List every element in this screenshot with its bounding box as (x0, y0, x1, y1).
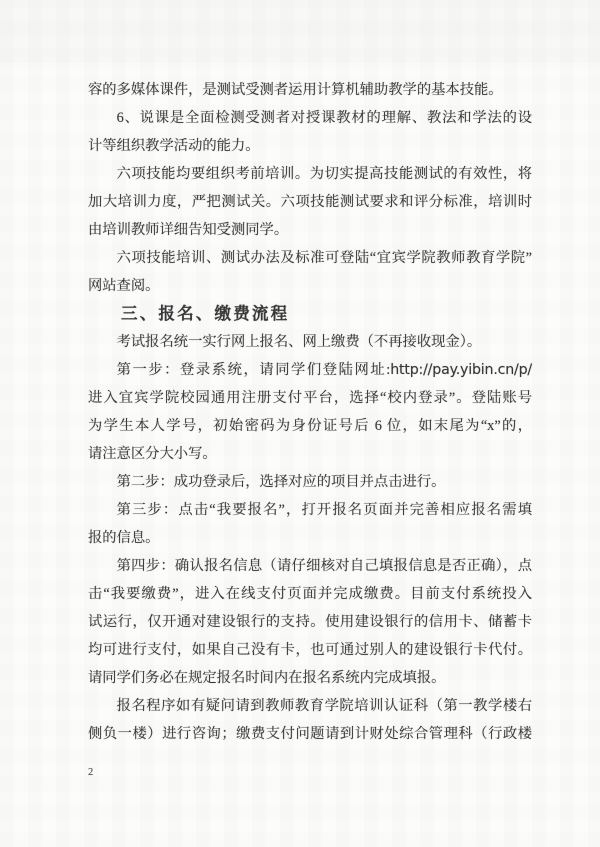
text-line: 报的信息。 (88, 524, 532, 552)
text-line: 试运行，仅开通对建设银行的支持。使用建设银行的信用卡、储蓄卡 (88, 608, 532, 636)
text-line: 均可进行支付，如果自己没有卡，也可通过别人的建设银行卡代付。 (88, 636, 532, 664)
text-line: 第三步：点击“我要报名”，打开报名页面并完善相应报名需填 (88, 496, 532, 524)
text-line: 第四步：确认报名信息（请仔细核对自己填报信息是否正确），点 (88, 552, 532, 580)
text-line: 6、说课是全面检测受测者对授课教材的理解、教法和学法的设 (88, 104, 532, 132)
document-body: 容的多媒体课件，是测试受测者运用计算机辅助教学的基本技能。6、说课是全面检测受测… (88, 76, 532, 748)
text-line: 计等组织教学活动的能力。 (88, 132, 532, 160)
text-line: 击“我要缴费”，进入在线支付页面并完成缴费。目前支付系统投入 (88, 580, 532, 608)
text-line: 进入宜宾学院校园通用注册支付平台，选择“校内登录”。登陆账号 (88, 384, 532, 412)
text-line: 加大培训力度，严把测试关。六项技能测试要求和评分标准，培训时 (88, 188, 532, 216)
text-line: 第一步：登录系统，请同学们登陆网址:http://pay.yibin.cn/p/ (88, 356, 532, 384)
text-line: 网站查阅。 (88, 272, 532, 300)
text-line: 报名程序如有疑问请到教师教育学院培训认证科（第一教学楼右 (88, 692, 532, 720)
text-line: 容的多媒体课件，是测试受测者运用计算机辅助教学的基本技能。 (88, 76, 532, 104)
payment-url-text: http://pay.yibin.cn/p/ (390, 362, 532, 378)
text-line: 侧负一楼）进行咨询；缴费支付问题请到计财处综合管理科（行政楼 (88, 720, 532, 748)
section-heading: 三、报名、缴费流程 (88, 300, 532, 328)
text-line: 第二步：成功登录后，选择对应的项目并点击进行。 (88, 468, 532, 496)
text-run: 第一步：登录系统，请同学们登陆网址: (117, 362, 391, 378)
text-line: 由培训教师详细告知受测同学。 (88, 216, 532, 244)
page-number: 2 (88, 766, 93, 780)
text-line: 考试报名统一实行网上报名、网上缴费（不再接收现金）。 (88, 328, 532, 356)
text-line: 六项技能培训、测试办法及标准可登陆“宜宾学院教师教育学院” (88, 244, 532, 272)
text-line: 六项技能均要组织考前培训。为切实提高技能测试的有效性，将 (88, 160, 532, 188)
document-page: 容的多媒体课件，是测试受测者运用计算机辅助教学的基本技能。6、说课是全面检测受测… (0, 0, 600, 847)
text-line: 请注意区分大小写。 (88, 440, 532, 468)
text-line: 请同学们务必在规定报名时间内在报名系统内完成填报。 (88, 664, 532, 692)
text-line: 为学生本人学号，初始密码为身份证号后 6 位，如末尾为“x”的， (88, 412, 532, 440)
